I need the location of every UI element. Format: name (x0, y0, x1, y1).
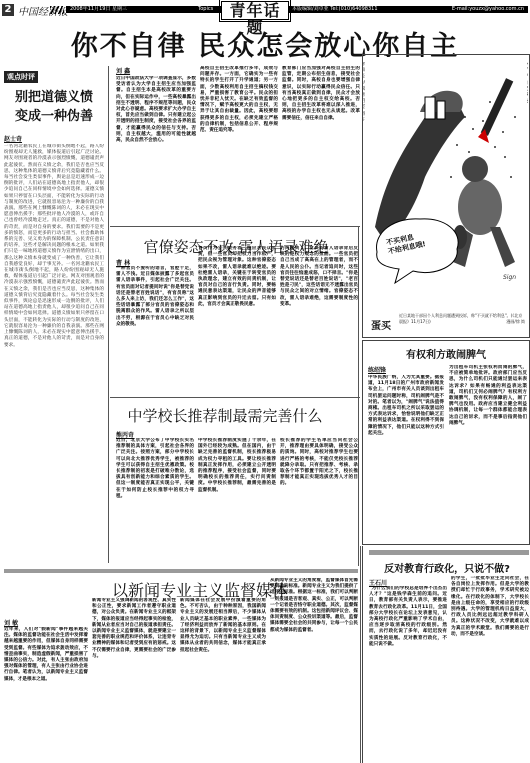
cartoon-caption: 近日某地干部因个人利息问题遭到投诉，称"不买就不给利息"。(《北京晨报》11月1… (399, 313, 525, 325)
date-line: 2008年11月19日 星期三 (70, 6, 127, 12)
media-body-col2: 新闻专业主义强调新闻的客观性、真实性和公正性，要求新闻工作者遵守职业道德，对公众… (92, 598, 176, 763)
principal-body-col1: 近日，北京大学公布了中学校长实名推荐制的具体方案，引起社会各界的广泛关注。按照方… (116, 438, 194, 562)
left-headline-line2: 变成一种伪善 (4, 107, 104, 126)
temper-article-box: 有权利方敢闹脾气 练绍锋 中华民族广纳，人为尤其重要。据报道，11月18日的广州… (362, 340, 530, 545)
officials-body-col2: 官员作为公共服务者，理应对民众负责，但一些官员却把权力当作私产，把民众视为管理对… (198, 246, 276, 394)
section-title: 青年话题 (221, 1, 289, 20)
left-body-text: 一名河北籍农民工在城市街头倒地不起，路人纷纷围观却无人施救，媒体报道后引起广泛讨… (4, 144, 104, 562)
grey-rule (4, 569, 358, 573)
temper-byline: 练绍锋 (368, 365, 386, 374)
editorial-cartoon: Sign 不买利息 不给利息哦! 蛋买 近日某地干部因个人利息问题遭到投诉，称"… (362, 54, 530, 338)
column-rule (108, 66, 109, 563)
editor-bar: 本版编辑/刘卓亚 Tel:(010)64098311 E-mail:youzx@… (288, 6, 528, 13)
education-body-col2: 的学生，一批批毕业生走向社会，在各自岗位上发挥作用。但是大学的教授们却忙于行政事… (451, 576, 529, 761)
main-body-col1: 近日中国政法大学一项调查显示，多数受访者认为大学自主招生应当加强监督。自主招生本… (116, 76, 196, 226)
officials-body-col1: 一种官员不爱听的语言，官腔十足，雷人不浅。近日媒体披露了多起官员雷人语录事件，引… (116, 266, 194, 394)
hatch-decoration (50, 6, 64, 14)
main-body-col3: 教育部门应当加强对高校自主招生的监管，定期公布招生信息，接受社会监督。同时，高校… (282, 66, 360, 226)
cartoon-illustration: Sign 不买利息 不给利息哦! (365, 57, 527, 289)
media-body-col1: 近年来，人们对"假新闻"事件越来越关注。媒体的监督功能在社会生活中发挥着越来越重… (4, 627, 88, 763)
temper-body-col1: 中华民族广纳，人为尤其重要。据报道，11月18日的广州市政府新闻发布会上，广州市… (368, 375, 444, 540)
section-divider (110, 397, 360, 398)
media-body-col4: 从新闻专业主义的角度看，监督媒体首先需要明确的标准。新闻专业主义为我们提供了这样… (270, 578, 358, 763)
education-article-box: 反对教育行政化，只说不做? 王石川 "为什么我们的学校总是培养不出杰出人才？"这… (362, 546, 530, 763)
cartoon-credit: 漫画/徐 简 (506, 319, 525, 325)
email-line: E-mail:youzx@yahoo.com.cn (452, 6, 524, 13)
column-rule (360, 546, 361, 763)
page-number: 2 (2, 4, 14, 16)
media-byline: 刘 敏 (4, 618, 18, 627)
masthead: 2 中国经济报 2008年11月19日 星期三 Topics 青年话题 本版编辑… (0, 0, 530, 22)
cartoon-title: 蛋买 (371, 317, 391, 332)
left-headline: 别把道德义愤 变成一种伪善 (4, 88, 104, 126)
principal-headline: 中学校长推荐制最需完善什么 (80, 405, 370, 426)
main-body-col2: 高校自主招生改革推行多年，成效与问题并存。一方面，它确实为一些有特长的学生打开了… (200, 66, 278, 226)
education-body-col1: "为什么我们的学校总是培养不出杰出人才？"这是钱学森生前的追问。近日，教育部有关… (369, 586, 447, 761)
left-byline: 赵士奇 (4, 134, 22, 143)
topics-label: Topics (198, 6, 213, 13)
column-kicker: 观点时评 (4, 71, 38, 83)
principal-body-col2: 中学校长推荐制度实施了十余年，在国外已经较为成熟。但在国内，由于缺乏完善的监督机… (198, 438, 276, 562)
principal-body-col3: 校长推荐的学生名单应当向社会公开，推荐理由要具体明确，接受公众的质询。同时，高校… (280, 438, 358, 562)
officials-body-col3: 的问题到了。官员的雷人语录背后反映的是权力观念的扭曲。一些官员把自己当成了高高在… (280, 246, 358, 394)
section-divider (110, 226, 360, 227)
svg-text:Sign: Sign (503, 274, 516, 281)
column-rule (358, 226, 359, 566)
main-byline: 刘 鑫 (116, 66, 130, 75)
media-body-col3: 新闻媒体在社会发展中扮演着重要的角色。不可否认，由于种种原因，我国新闻专业主义的… (180, 598, 266, 763)
temper-headline: 有权利方敢闹脾气 (363, 346, 529, 361)
education-headline: 反对教育行政化，只说不做? (363, 560, 530, 575)
grey-rule (369, 550, 529, 555)
editor-line: 本版编辑/刘卓亚 Tel:(010)64098311 (292, 6, 378, 12)
left-headline-line1: 别把道德义愤 (4, 88, 104, 107)
temper-body-col2: 为出租车司机主张权利而闹的脾气，不应被简单地批评。政府部门应当反思，为什么司机们… (449, 365, 527, 540)
cartoon-caption-text: 近日某地干部因个人利息问题遭到投诉，称"不买就不给利息"。(《北京晨报》11月1… (399, 313, 522, 324)
